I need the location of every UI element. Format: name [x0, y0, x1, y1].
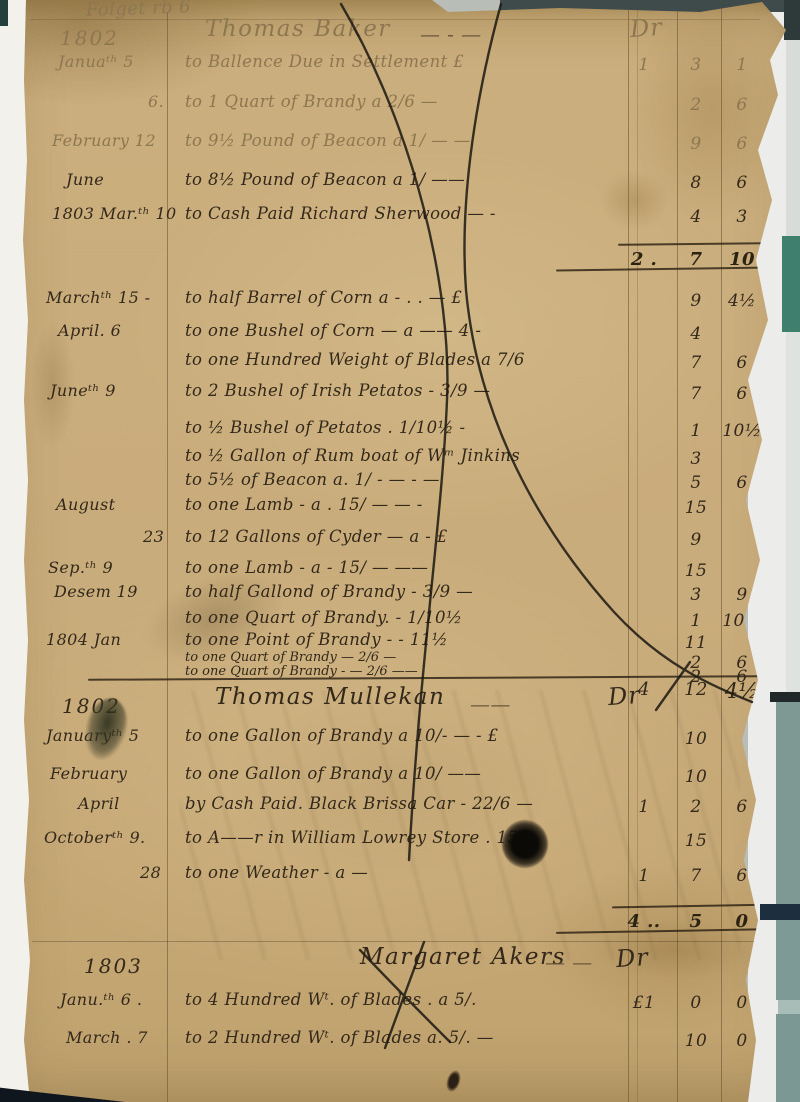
account-year: 1802 — [60, 26, 119, 50]
entry-row: Januaᵗʰ 5to Ballence Due in Settlement £… — [0, 52, 800, 82]
entry-pounds: 1 — [618, 866, 670, 886]
total-pounds: 4 — [618, 679, 670, 700]
total-shillings: 12 — [674, 679, 718, 700]
entry-row: to one Hundred Weight of Blades a 7/676 — [0, 350, 800, 380]
ledger-paper: Folget rb 6 1802 Thomas Baker — - — Dr 1… — [0, 0, 800, 1102]
entry-shillings: 9 — [674, 530, 718, 550]
entry-pence: 3 — [716, 207, 768, 227]
entry-date: Juneᵗʰ 9 — [50, 381, 116, 400]
entry-date: April — [78, 794, 120, 813]
account-name-flourish: — - — — [420, 22, 481, 46]
account-name: Margaret Akers — [360, 944, 566, 970]
entry-date: Janu.ᵗʰ 6 . — [60, 990, 142, 1009]
entry-description: to 1 Quart of Brandy a 2/6 — — [185, 92, 438, 111]
entry-pounds: £1 — [618, 993, 670, 1013]
entry-description: to one Point of Brandy - - 11½ — [185, 630, 448, 649]
entry-date: Marchᵗʰ 15 - — [46, 288, 150, 307]
mullekan-total-row: 4 .. 5 0 — [0, 908, 800, 938]
entry-date: August — [56, 495, 115, 514]
entry-description: to 12 Gallons of Cyder — a - £ — [185, 527, 448, 546]
entry-row: Aprilby Cash Paid. Black Brissa Car - 22… — [0, 794, 800, 824]
entry-description: to half Barrel of Corn a - . . — £ — [185, 288, 462, 307]
entry-date: Sep.ᵗʰ 9 — [48, 558, 113, 577]
entry-date: February — [50, 764, 127, 783]
entry-pounds: 1 — [618, 797, 670, 817]
debit-label: Dr — [615, 943, 650, 973]
account-year: 1803 — [84, 954, 143, 978]
entry-description: to one Hundred Weight of Blades a 7/6 — [185, 350, 525, 369]
entry-description: to one Quart of Brandy. - 1/10½ — [185, 608, 462, 627]
entry-description: to 4 Hundred Wᵗ. of Blades . a 5/. — [185, 990, 477, 1009]
entry-pence: 6 — [716, 95, 768, 115]
entry-date: June — [66, 170, 104, 189]
debit-label: Dr — [629, 13, 664, 43]
scanner-bed-strip — [760, 904, 800, 920]
entry-row: to ½ Bushel of Petatos . 1/10½ -110½ — [0, 418, 800, 448]
entry-date: 23 — [143, 527, 164, 546]
scanner-bed-strip — [786, 40, 800, 236]
entry-row: Juneto 8½ Pound of Beacon a 1/ ——86 — [0, 170, 800, 200]
entry-row: Juneᵗʰ 9to 2 Bushel of Irish Petatos - 3… — [0, 381, 800, 411]
entry-description: to 8½ Pound of Beacon a 1/ —— — [185, 170, 465, 189]
entry-shillings: 3 — [674, 449, 718, 469]
entry-description: to one Weather - a — — [185, 863, 368, 882]
account-name-flourish: — — — [545, 950, 593, 974]
entry-description: to ½ Gallon of Rum boat of Wᵐ Jinkins — [185, 446, 520, 465]
entry-shillings: 10 — [674, 1031, 718, 1051]
entry-row: Augustto one Lamb - a . 15/ — — -15 — [0, 495, 800, 525]
entry-date: Desem 19 — [54, 582, 138, 601]
scanner-bed-strip — [778, 1000, 800, 1014]
entry-row: 6.to 1 Quart of Brandy a 2/6 —26 — [0, 92, 800, 122]
entry-date: Octoberᵗʰ 9. — [44, 828, 146, 847]
entry-shillings: 7 — [674, 866, 718, 886]
entry-date: February 12 — [52, 131, 156, 150]
entry-date: April. 6 — [58, 321, 121, 340]
entry-shillings: 0 — [674, 993, 718, 1013]
scanner-bed-strip — [770, 692, 800, 702]
entry-description: to one Gallon of Brandy a 10/- — - £ — [185, 726, 499, 745]
entry-shillings: 8 — [674, 173, 718, 193]
total-shillings: 5 — [674, 911, 718, 932]
entry-shillings: 2 — [674, 797, 718, 817]
entry-description: to one Bushel of Corn — a —— 4 - — [185, 321, 481, 340]
entry-shillings: 9 — [674, 134, 718, 154]
total-shillings: 7 — [674, 249, 718, 270]
scanner-bed-strip — [782, 236, 800, 332]
page-top-note: Folget rb 6 — [86, 0, 192, 21]
entry-row: 23to 12 Gallons of Cyder — a - £9 — [0, 527, 800, 557]
entry-row: March . 7to 2 Hundred Wᵗ. of Blades a. 5… — [0, 1028, 800, 1058]
entry-date: 6. — [148, 92, 164, 111]
entry-shillings: 9 — [674, 291, 718, 311]
entry-pounds: 1 — [618, 55, 670, 75]
entry-shillings: 1 — [674, 421, 718, 441]
entry-description: to A——r in William Lowrey Store . 15/ — [185, 828, 524, 847]
entry-shillings: 15 — [674, 498, 718, 518]
entry-shillings: 10 — [674, 729, 718, 749]
entry-description: to one Lamb - a - 15/ — —— — [185, 558, 428, 577]
scanner-bed-strip — [784, 0, 800, 40]
baker-crossed-total-row: 4 12 4½ — [0, 676, 800, 706]
scanner-bed-strip — [776, 702, 800, 904]
entry-row: Februaryto one Gallon of Brandy a 10/ ——… — [0, 764, 800, 794]
entry-description: to half Gallond of Brandy - 3/9 — — [185, 582, 473, 601]
entry-description: to 5½ of Beacon a. 1/ - — - — — [185, 470, 440, 489]
account-name: Thomas Baker — [205, 16, 391, 42]
entry-row: Janu.ᵗʰ 6 .to 4 Hundred Wᵗ. of Blades . … — [0, 990, 800, 1020]
entry-shillings: 3 — [674, 585, 718, 605]
entry-description: to ½ Bushel of Petatos . 1/10½ - — [185, 418, 466, 437]
entry-date: 28 — [140, 863, 161, 882]
entry-pence: 6 — [716, 173, 768, 193]
entry-description: to one Gallon of Brandy a 10/ —— — [185, 764, 481, 783]
entry-row: February 12to 9½ Pound of Beacon a 1/ — … — [0, 131, 800, 161]
entry-pence: 1 — [716, 55, 768, 75]
entry-shillings: 2 — [674, 95, 718, 115]
entry-shillings: 4 — [674, 207, 718, 227]
entry-shillings: 15 — [674, 831, 718, 851]
entry-description: to 2 Hundred Wᵗ. of Blades a. 5/. — — [185, 1028, 494, 1047]
baker-total-row: 2 . 7 10 — [0, 246, 800, 276]
scanned-ledger-page: Folget rb 6 1802 Thomas Baker — - — Dr 1… — [0, 0, 800, 1102]
entry-description: to 9½ Pound of Beacon a 1/ — — — [185, 131, 471, 150]
total-pounds: 4 .. — [618, 911, 670, 932]
scanner-corner-teal — [0, 0, 8, 26]
entry-date: Januaᵗʰ 5 — [58, 52, 134, 71]
entry-description: to 2 Bushel of Irish Petatos - 3/9 — — [185, 381, 490, 400]
entry-date: 1803 Mar.ᵗʰ 10 — [52, 204, 177, 223]
entry-date: March . 7 — [66, 1028, 148, 1047]
entry-pence: 4½ — [716, 291, 768, 311]
entry-row: April. 6to one Bushel of Corn — a —— 4 -… — [0, 321, 800, 351]
entry-shillings: 7 — [674, 353, 718, 373]
entry-shillings: 10 — [674, 767, 718, 787]
entry-shillings: 4 — [674, 324, 718, 344]
entry-row: 28to one Weather - a —176 — [0, 863, 800, 893]
entry-description: to one Quart of Brandy — 2/6 — — [185, 650, 396, 665]
entry-row: Octoberᵗʰ 9.to A——r in William Lowrey St… — [0, 828, 800, 858]
entry-description: to Cash Paid Richard Sherwood — - — [185, 204, 496, 223]
ink-blot — [502, 820, 548, 868]
ink-blot — [444, 1069, 463, 1094]
entry-description: to one Lamb - a . 15/ — — - — [185, 495, 423, 514]
entry-row: Marchᵗʰ 15 -to half Barrel of Corn a - .… — [0, 288, 800, 318]
section-divider-rule — [32, 941, 772, 942]
entry-shillings: 15 — [674, 561, 718, 581]
entry-description: by Cash Paid. Black Brissa Car - 22/6 — — [185, 794, 533, 813]
entry-row: 1803 Mar.ᵗʰ 10to Cash Paid Richard Sherw… — [0, 204, 800, 234]
entry-shillings: 1 — [674, 611, 718, 631]
scanner-bed-strip — [776, 1014, 800, 1102]
entry-description: to Ballence Due in Settlement £ — [185, 52, 464, 71]
entry-date: 1804 Jan — [46, 630, 121, 649]
entry-shillings: 7 — [674, 384, 718, 404]
total-pounds: 2 . — [618, 249, 670, 270]
scanner-bed-strip — [786, 332, 800, 692]
scanner-bed-strip — [776, 920, 800, 1000]
entry-shillings: 3 — [674, 55, 718, 75]
entry-shillings: 5 — [674, 473, 718, 493]
